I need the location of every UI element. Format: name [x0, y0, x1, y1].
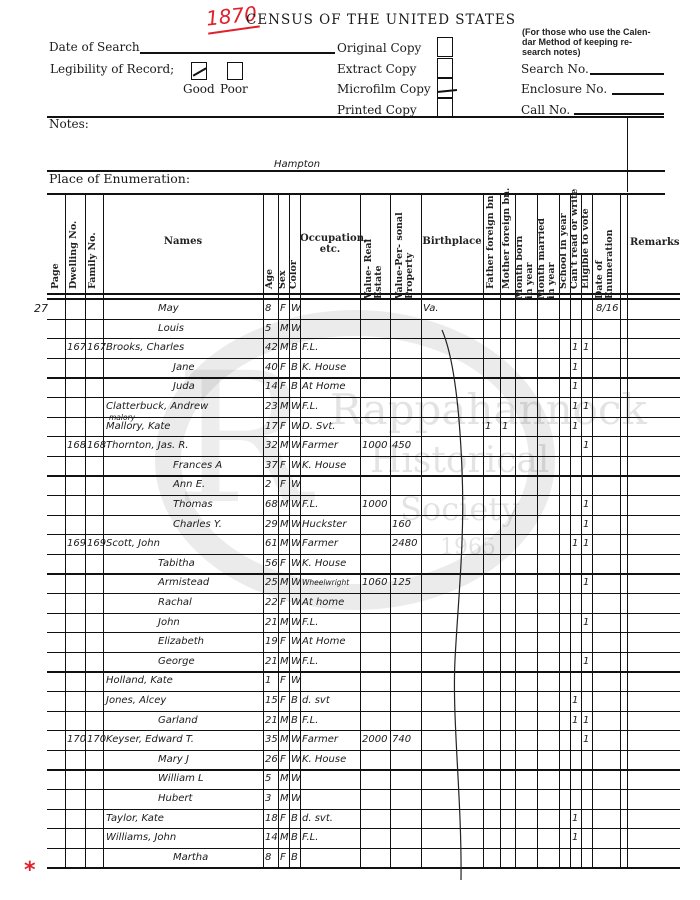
- census-table: PageDwelling No.Family No.NamesAgeSexCol…: [0, 0, 700, 900]
- birthplace-ditto-line: [0, 0, 700, 900]
